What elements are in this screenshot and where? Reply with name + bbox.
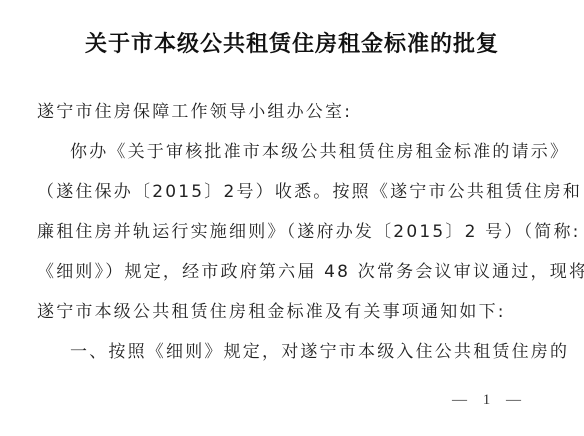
page-number: — 1 — <box>452 392 527 409</box>
document-title: 关于市本级公共租赁住房租金标准的批复 <box>0 27 584 58</box>
body-line-4: 《细则》）规定，经市政府第六届 48 次常务会议审议通过，现将 <box>37 257 584 282</box>
body-line-1: 你办《关于审核批准市本级公共租赁住房租金标准的请示》 <box>70 137 569 162</box>
body-line-6: 一、按照《细则》规定，对遂宁市本级入住公共租赁住房的 <box>70 337 569 362</box>
recipient-line: 遂宁市住房保障工作领导小组办公室: <box>37 97 352 122</box>
body-line-5: 遂宁市本级公共租赁住房租金标准及有关事项通知如下: <box>37 297 506 322</box>
body-line-2: （遂住保办〔2015〕2号）收悉。按照《遂宁市公共租赁住房和 <box>37 177 582 202</box>
body-line-3: 廉租住房并轨运行实施细则》（遂府办发〔2015〕2 号）（简称: <box>37 217 581 242</box>
